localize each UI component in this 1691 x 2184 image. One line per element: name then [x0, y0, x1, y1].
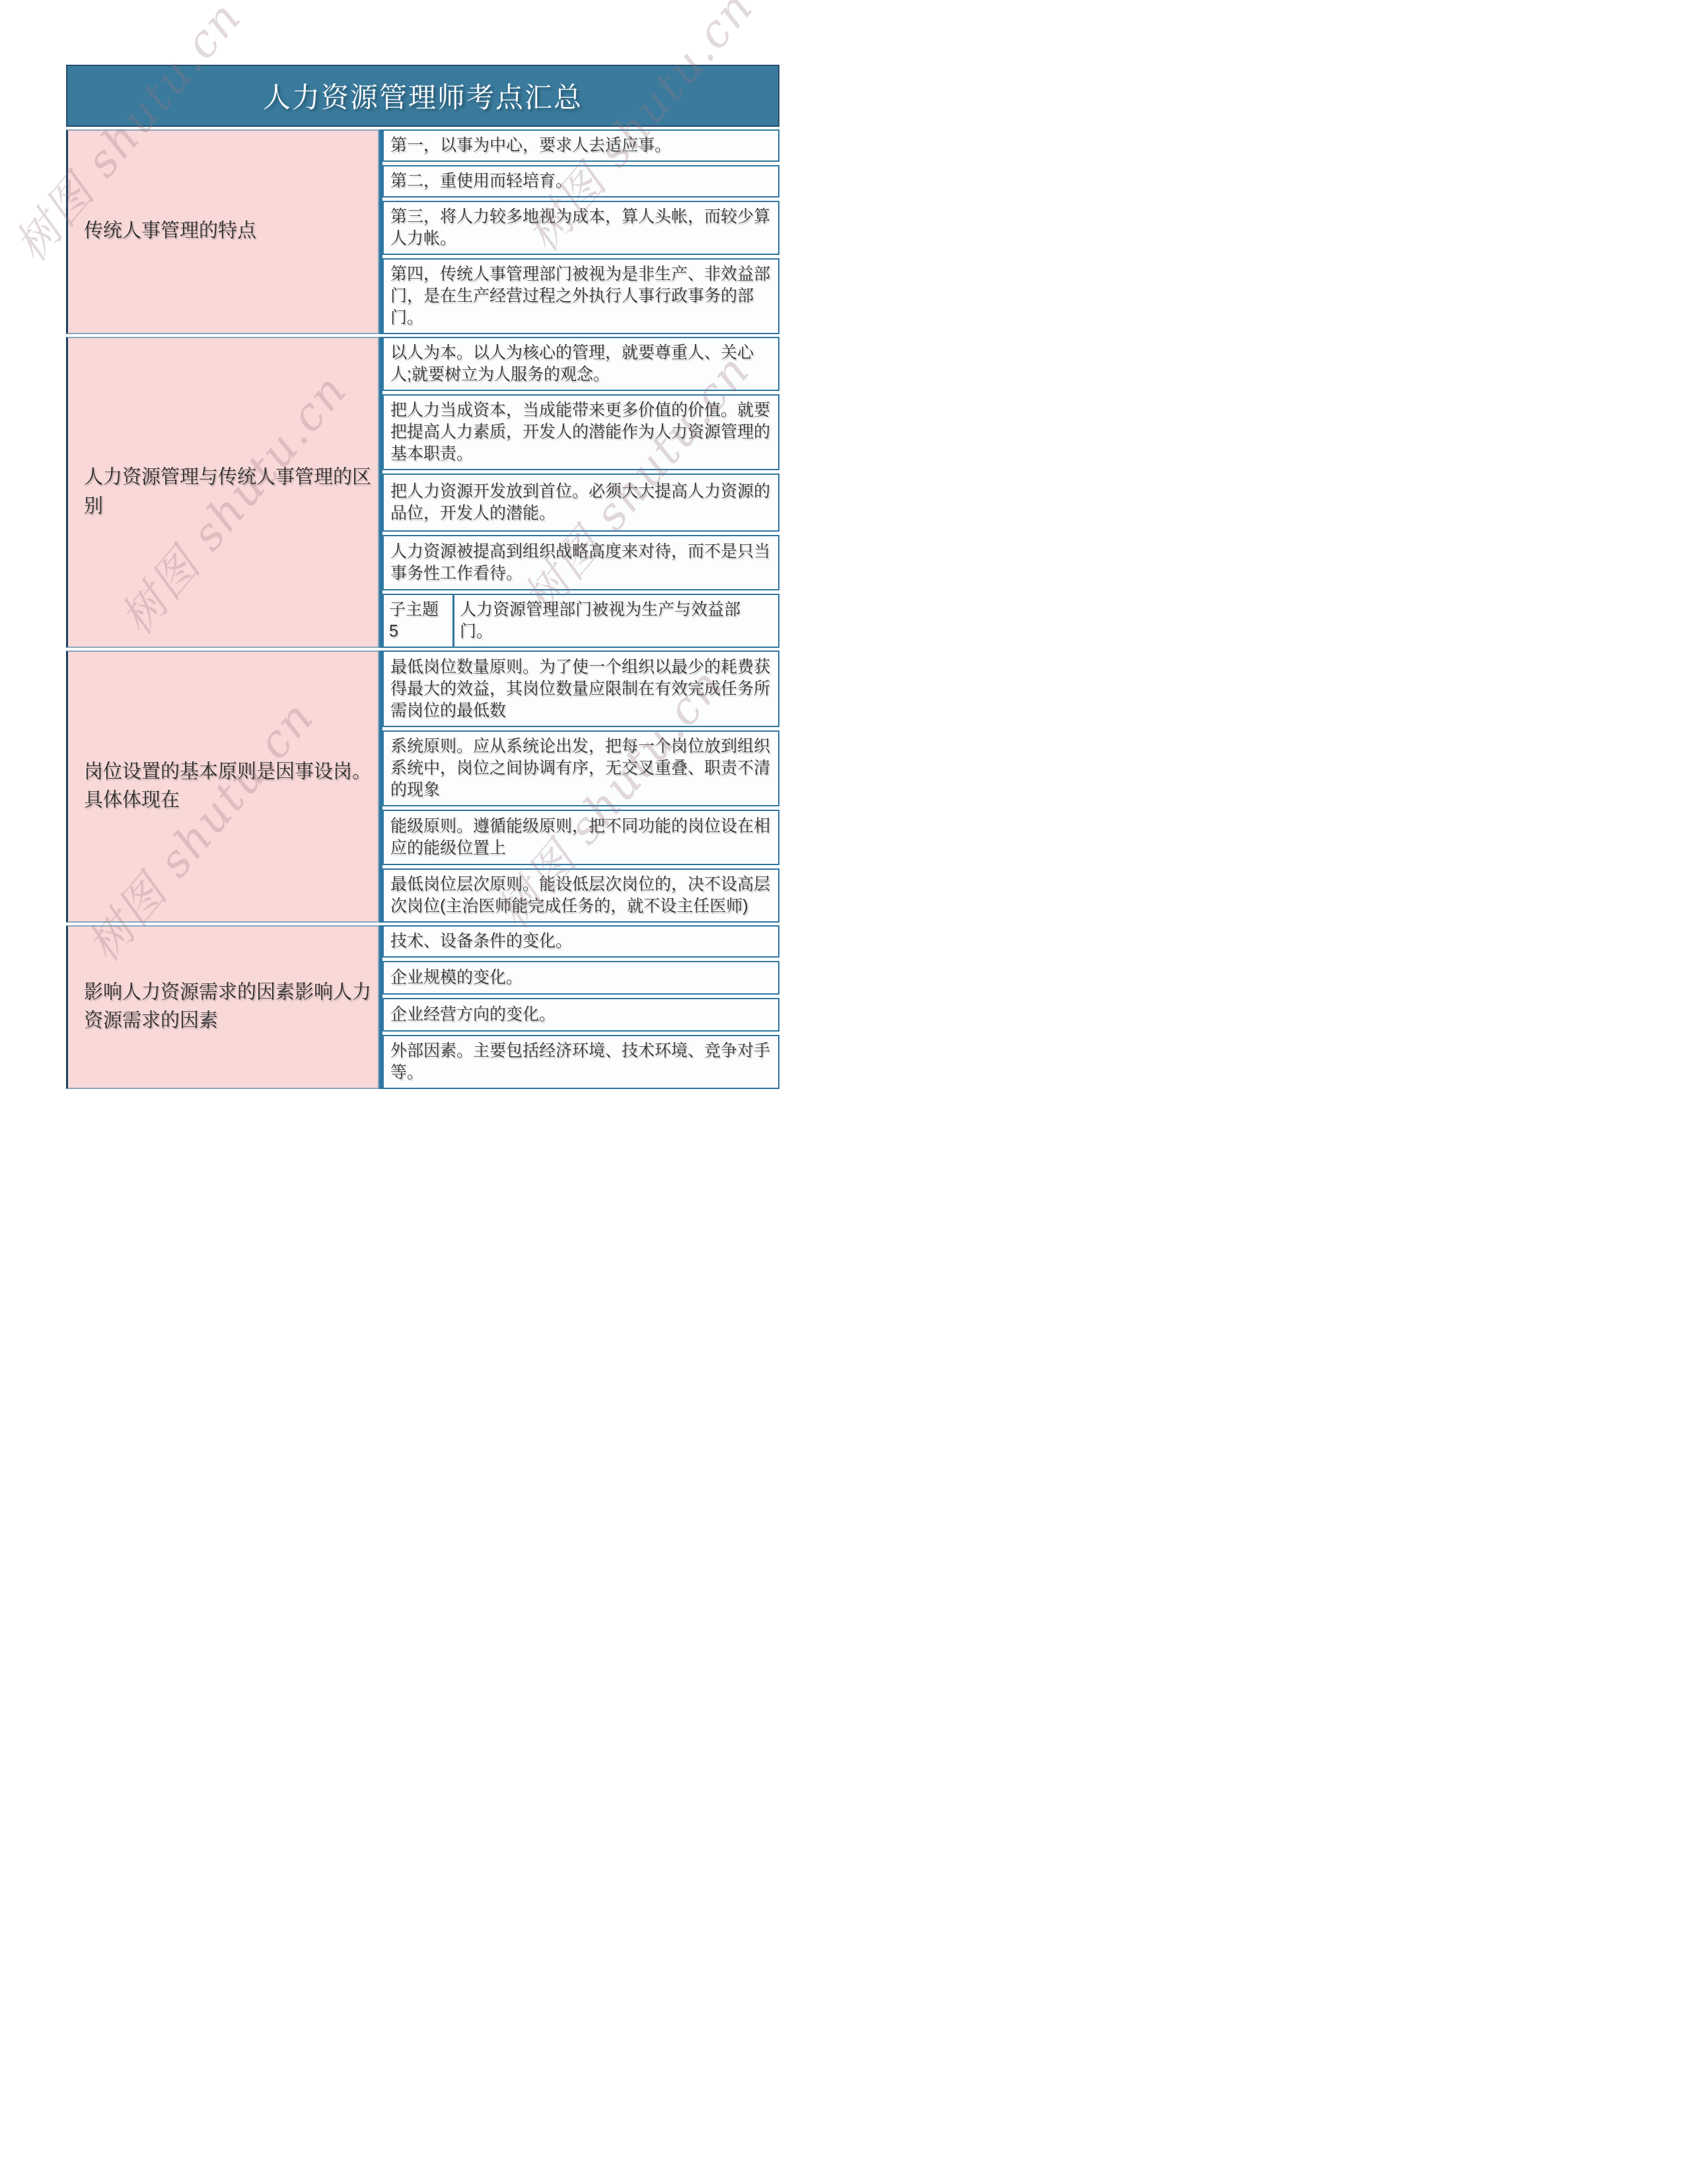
subtopic-prefix: 子主题 5 [384, 595, 454, 647]
topic-group-post-setting-principles: 岗位设置的基本原则是因事设岗。具体体现在 最低岗位数量原则。为了使一个组织以最少… [66, 651, 779, 923]
detail-cell: 第四，传统人事管理部门被视为是非生产、非效益部门，是在生产经营过程之外执行人事行… [382, 258, 779, 334]
detail-text: 第一，以事为中心，要求人去适应事。 [390, 135, 671, 157]
topic-group-traditional-hr-features: 传统人事管理的特点 第一，以事为中心，要求人去适应事。 第二，重使用而轻培育。 … [66, 129, 779, 334]
topic-label: 传统人事管理的特点 [66, 129, 379, 334]
detail-text: 第三，将人力较多地视为成本，算人头帐，而较少算人力帐。 [390, 206, 772, 250]
detail-text: 把人力当成资本，当成能带来更多价值的价值。就要把提高人力素质，开发人的潜能作为人… [390, 400, 772, 465]
detail-cell: 最低岗位数量原则。为了使一个组织以最少的耗费获得最大的效益，其岗位数量应限制在有… [382, 651, 779, 727]
detail-text: 外部因素。主要包括经济环境、技术环境、竞争对手等。 [390, 1040, 772, 1084]
detail-text: 第二，重使用而轻培育。 [390, 170, 572, 192]
detail-column: 第一，以事为中心，要求人去适应事。 第二，重使用而轻培育。 第三，将人力较多地视… [382, 129, 779, 334]
detail-text: 第四，传统人事管理部门被视为是非生产、非效益部门，是在生产经营过程之外执行人事行… [390, 264, 772, 329]
subtopic-prefix-text: 子主题 5 [389, 599, 447, 643]
mindmap-table: 人力资源管理师考点汇总 传统人事管理的特点 第一，以事为中心，要求人去适应事。 … [66, 65, 779, 1089]
detail-text: 企业规模的变化。 [390, 967, 522, 989]
detail-text: 把人力资源开发放到首位。必须大大提高人力资源的品位，开发人的潜能。 [390, 481, 772, 524]
detail-cell: 把人力当成资本，当成能带来更多价值的价值。就要把提高人力素质，开发人的潜能作为人… [382, 394, 779, 470]
topic-label: 影响人力资源需求的因素影响人力资源需求的因素 [66, 925, 379, 1089]
detail-text: 企业经营方向的变化。 [390, 1004, 556, 1026]
detail-cell: 技术、设备条件的变化。 [382, 925, 779, 958]
detail-cell: 第三，将人力较多地视为成本，算人头帐，而较少算人力帐。 [382, 201, 779, 255]
detail-cell: 外部因素。主要包括经济环境、技术环境、竞争对手等。 [382, 1035, 779, 1089]
topic-label: 岗位设置的基本原则是因事设岗。具体体现在 [66, 651, 379, 923]
detail-text: 能级原则。遵循能级原则，把不同功能的岗位设在相应的能级位置上 [390, 816, 772, 859]
detail-text: 以人为本。以人为核心的管理，就要尊重人、关心人;就要树立为人服务的观念。 [390, 342, 772, 386]
detail-text: 系统原则。应从系统论出发，把每一个岗位放到组织系统中，岗位之间协调有序，无交叉重… [390, 736, 772, 801]
detail-column: 技术、设备条件的变化。 企业规模的变化。 企业经营方向的变化。 外部因素。主要包… [382, 925, 779, 1089]
subtopic-cell: 子主题 5 人力资源管理部门被视为生产与效益部门。 [382, 594, 779, 648]
topic-label: 人力资源管理与传统人事管理的区别 [66, 337, 379, 648]
detail-cell: 以人为本。以人为核心的管理，就要尊重人、关心人;就要树立为人服务的观念。 [382, 337, 779, 391]
detail-cell: 最低岗位层次原则。能设低层次岗位的，决不设高层次岗位(主治医师能完成任务的，就不… [382, 868, 779, 923]
detail-cell: 能级原则。遵循能级原则，把不同功能的岗位设在相应的能级位置上 [382, 810, 779, 865]
detail-text: 最低岗位数量原则。为了使一个组织以最少的耗费获得最大的效益，其岗位数量应限制在有… [390, 656, 772, 722]
detail-column: 以人为本。以人为核心的管理，就要尊重人、关心人;就要树立为人服务的观念。 把人力… [382, 337, 779, 648]
detail-cell: 第一，以事为中心，要求人去适应事。 [382, 129, 779, 162]
detail-cell: 企业经营方向的变化。 [382, 998, 779, 1032]
detail-text: 人力资源被提高到组织战略高度来对待，而不是只当事务性工作看待。 [390, 541, 772, 584]
subtopic-body: 人力资源管理部门被视为生产与效益部门。 [454, 595, 778, 647]
detail-cell: 系统原则。应从系统论出发，把每一个岗位放到组织系统中，岗位之间协调有序，无交叉重… [382, 730, 779, 806]
detail-cell: 把人力资源开发放到首位。必须大大提高人力资源的品位，开发人的潜能。 [382, 474, 779, 532]
detail-cell: 第二，重使用而轻培育。 [382, 165, 779, 197]
detail-cell: 人力资源被提高到组织战略高度来对待，而不是只当事务性工作看待。 [382, 535, 779, 590]
page-title: 人力资源管理师考点汇总 [66, 65, 779, 127]
topic-group-hrm-vs-traditional: 人力资源管理与传统人事管理的区别 以人为本。以人为核心的管理，就要尊重人、关心人… [66, 337, 779, 648]
subtopic-body-text: 人力资源管理部门被视为生产与效益部门。 [460, 599, 773, 643]
detail-text: 最低岗位层次原则。能设低层次岗位的，决不设高层次岗位(主治医师能完成任务的，就不… [390, 874, 772, 917]
detail-text: 技术、设备条件的变化。 [390, 931, 572, 952]
detail-cell: 企业规模的变化。 [382, 961, 779, 995]
topic-group-hr-demand-factors: 影响人力资源需求的因素影响人力资源需求的因素 技术、设备条件的变化。 企业规模的… [66, 925, 779, 1089]
detail-column: 最低岗位数量原则。为了使一个组织以最少的耗费获得最大的效益，其岗位数量应限制在有… [382, 651, 779, 923]
